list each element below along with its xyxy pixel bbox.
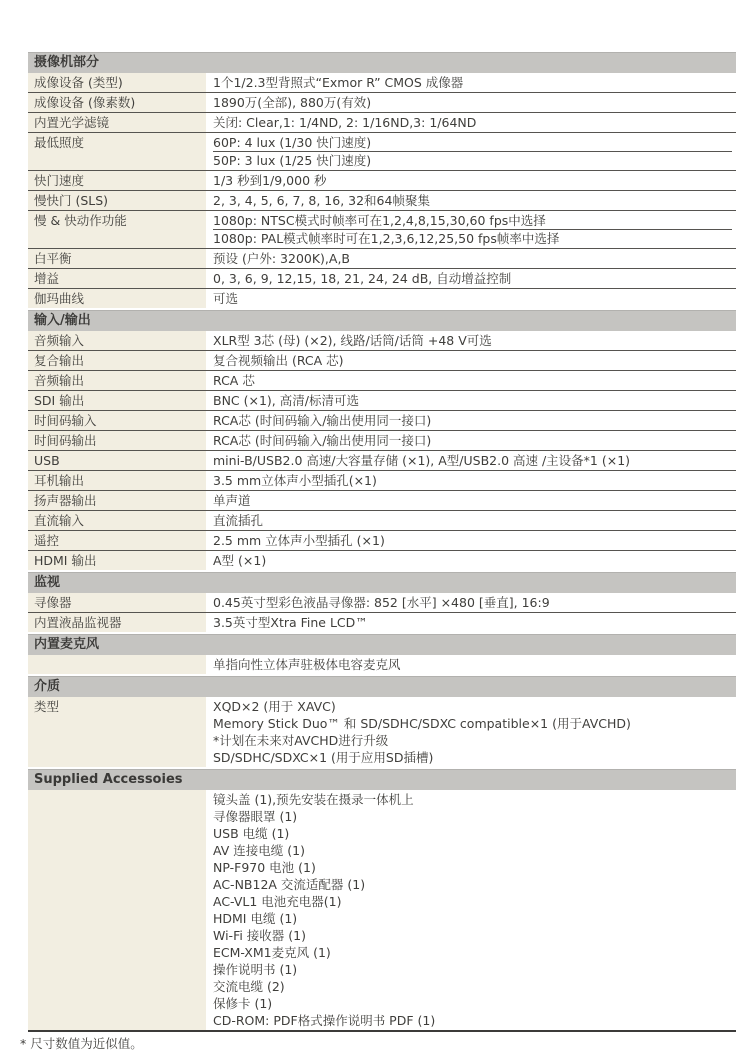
spec-label: 寻像器 bbox=[28, 593, 206, 612]
spec-value-line: 1个1/2.3型背照式“Exmor R” CMOS 成像器 bbox=[213, 74, 732, 91]
spec-value-line: 单声道 bbox=[213, 492, 732, 509]
spec-value: 1/3 秒到1/9,000 秒 bbox=[206, 171, 736, 190]
spec-label bbox=[28, 655, 206, 674]
spec-value-line: AC-VL1 电池充电器(1) bbox=[213, 893, 732, 910]
spec-value: 3.5英寸型Xtra Fine LCD™ bbox=[206, 613, 736, 632]
spec-row: 复合输出复合视频输出 (RCA 芯) bbox=[28, 351, 736, 371]
spec-label: 慢 & 快动作功能 bbox=[28, 211, 206, 248]
section-header: Supplied Accessoies bbox=[28, 769, 736, 790]
spec-row: 扬声器输出单声道 bbox=[28, 491, 736, 511]
spec-label: HDMI 输出 bbox=[28, 551, 206, 570]
spec-value: 单指向性立体声驻极体电容麦克风 bbox=[206, 655, 736, 674]
spec-row: 最低照度60P: 4 lux (1/30 快门速度)50P: 3 lux (1/… bbox=[28, 133, 736, 171]
spec-value-line: Wi-Fi 接收器 (1) bbox=[213, 927, 732, 944]
spec-value: 3.5 mm立体声小型插孔(×1) bbox=[206, 471, 736, 490]
spec-row: 音频输入XLR型 3芯 (母) (×2), 线路/话筒/话筒 +48 V可选 bbox=[28, 331, 736, 351]
spec-value-line: Memory Stick Duo™ 和 SD/SDHC/SDXC compati… bbox=[213, 715, 732, 732]
spec-value: BNC (×1), 高清/标清可选 bbox=[206, 391, 736, 410]
spec-row: 寻像器0.45英寸型彩色液晶寻像器: 852 [水平] ×480 [垂直], 1… bbox=[28, 593, 736, 613]
section-header: 内置麦克风 bbox=[28, 634, 736, 655]
spec-value: 复合视频输出 (RCA 芯) bbox=[206, 351, 736, 370]
spec-value-line: 50P: 3 lux (1/25 快门速度) bbox=[213, 151, 732, 169]
spec-value-line: 单指向性立体声驻极体电容麦克风 bbox=[213, 656, 732, 673]
spec-label: 伽玛曲线 bbox=[28, 289, 206, 308]
spec-table: 摄像机部分成像设备 (类型)1个1/2.3型背照式“Exmor R” CMOS … bbox=[28, 52, 736, 1001]
spec-value: A型 (×1) bbox=[206, 551, 736, 570]
spec-row: 单指向性立体声驻极体电容麦克风 bbox=[28, 655, 736, 674]
spec-value-line: 1080p: PAL模式帧率时可在1,2,3,6,12,25,50 fps帧率中… bbox=[213, 229, 732, 247]
spec-value-line: XQD×2 (用于 XAVC) bbox=[213, 698, 732, 715]
spec-row: 直流输入直流插孔 bbox=[28, 511, 736, 531]
spec-value-line: RCA芯 (时间码输入/输出使用同一接口) bbox=[213, 432, 732, 449]
spec-row: USBmini-B/USB2.0 高速/大容量存储 (×1), A型/USB2.… bbox=[28, 451, 736, 471]
spec-value-line: AC-NB12A 交流适配器 (1) bbox=[213, 876, 732, 893]
spec-value: 可选 bbox=[206, 289, 736, 308]
spec-row: 遥控2.5 mm 立体声小型插孔 (×1) bbox=[28, 531, 736, 551]
spec-label: 慢快门 (SLS) bbox=[28, 191, 206, 210]
spec-value-line: BNC (×1), 高清/标清可选 bbox=[213, 392, 732, 409]
spec-value-line: 0, 3, 6, 9, 12,15, 18, 21, 24, 24 dB, 自动… bbox=[213, 270, 732, 287]
spec-label: 白平衡 bbox=[28, 249, 206, 268]
spec-value-line: RCA芯 (时间码输入/输出使用同一接口) bbox=[213, 412, 732, 429]
spec-row: 内置液晶监视器3.5英寸型Xtra Fine LCD™ bbox=[28, 613, 736, 632]
spec-value-line: ECM-XM1麦克风 (1) bbox=[213, 944, 732, 961]
spec-value-line: NP-F970 电池 (1) bbox=[213, 859, 732, 876]
spec-row: 音频输出RCA 芯 bbox=[28, 371, 736, 391]
spec-value-line: USB 电缆 (1) bbox=[213, 825, 732, 842]
spec-label: 扬声器输出 bbox=[28, 491, 206, 510]
spec-label: 成像设备 (像素数) bbox=[28, 93, 206, 112]
spec-value-line: 2, 3, 4, 5, 6, 7, 8, 16, 32和64帧聚集 bbox=[213, 192, 732, 209]
section-header: 摄像机部分 bbox=[28, 52, 736, 73]
spec-value-line: 3.5 mm立体声小型插孔(×1) bbox=[213, 472, 732, 489]
spec-value: 1890万(全部), 880万(有效) bbox=[206, 93, 736, 112]
spec-label: 时间码输出 bbox=[28, 431, 206, 450]
spec-row: 伽玛曲线可选 bbox=[28, 289, 736, 308]
spec-value-line: RCA 芯 bbox=[213, 372, 732, 389]
spec-value: mini-B/USB2.0 高速/大容量存储 (×1), A型/USB2.0 高… bbox=[206, 451, 736, 470]
spec-label: 遥控 bbox=[28, 531, 206, 550]
spec-value-line: 关闭: Clear,1: 1/4ND, 2: 1/16ND,3: 1/64ND bbox=[213, 114, 732, 131]
spec-label: 增益 bbox=[28, 269, 206, 288]
spec-value: 0, 3, 6, 9, 12,15, 18, 21, 24, 24 dB, 自动… bbox=[206, 269, 736, 288]
spec-value-line: 交流电缆 (2) bbox=[213, 978, 732, 995]
spec-value: 镜头盖 (1),预先安装在摄录一体机上寻像器眼罩 (1)USB 电缆 (1)AV… bbox=[206, 790, 736, 1001]
spec-label: 音频输入 bbox=[28, 331, 206, 350]
spec-row: 快门速度1/3 秒到1/9,000 秒 bbox=[28, 171, 736, 191]
spec-row: 内置光学滤镜关闭: Clear,1: 1/4ND, 2: 1/16ND,3: 1… bbox=[28, 113, 736, 133]
spec-label: 快门速度 bbox=[28, 171, 206, 190]
spec-value-line: 镜头盖 (1),预先安装在摄录一体机上 bbox=[213, 791, 732, 808]
spec-value: 直流插孔 bbox=[206, 511, 736, 530]
spec-value: 关闭: Clear,1: 1/4ND, 2: 1/16ND,3: 1/64ND bbox=[206, 113, 736, 132]
spec-row: 耳机输出3.5 mm立体声小型插孔(×1) bbox=[28, 471, 736, 491]
spec-sheet: 摄像机部分成像设备 (类型)1个1/2.3型背照式“Exmor R” CMOS … bbox=[28, 50, 736, 1001]
spec-value-line: SD/SDHC/SDXC×1 (用于应用SD插槽) bbox=[213, 749, 732, 766]
spec-value-line: 3.5英寸型Xtra Fine LCD™ bbox=[213, 614, 732, 631]
spec-value-line: *计划在未来对AVCHD进行升级 bbox=[213, 732, 732, 749]
spec-label: 最低照度 bbox=[28, 133, 206, 170]
spec-value: RCA 芯 bbox=[206, 371, 736, 390]
spec-row: 增益0, 3, 6, 9, 12,15, 18, 21, 24, 24 dB, … bbox=[28, 269, 736, 289]
spec-value-line: 1890万(全部), 880万(有效) bbox=[213, 94, 732, 111]
spec-value-line: 1080p: NTSC模式时帧率可在1,2,4,8,15,30,60 fps中选… bbox=[213, 212, 732, 229]
spec-value-line: 0.45英寸型彩色液晶寻像器: 852 [水平] ×480 [垂直], 16:9 bbox=[213, 594, 732, 611]
spec-row: 慢 & 快动作功能1080p: NTSC模式时帧率可在1,2,4,8,15,30… bbox=[28, 211, 736, 249]
spec-label: 类型 bbox=[28, 697, 206, 767]
spec-row: 镜头盖 (1),预先安装在摄录一体机上寻像器眼罩 (1)USB 电缆 (1)AV… bbox=[28, 790, 736, 1001]
spec-value: 1080p: NTSC模式时帧率可在1,2,4,8,15,30,60 fps中选… bbox=[206, 211, 736, 248]
spec-row: 白平衡预设 (户外: 3200K),A,B bbox=[28, 249, 736, 269]
spec-value: XQD×2 (用于 XAVC)Memory Stick Duo™ 和 SD/SD… bbox=[206, 697, 736, 767]
spec-row: 类型XQD×2 (用于 XAVC)Memory Stick Duo™ 和 SD/… bbox=[28, 697, 736, 767]
spec-label: SDI 输出 bbox=[28, 391, 206, 410]
spec-value-line: mini-B/USB2.0 高速/大容量存储 (×1), A型/USB2.0 高… bbox=[213, 452, 732, 469]
spec-label: 耳机输出 bbox=[28, 471, 206, 490]
spec-value-line: 60P: 4 lux (1/30 快门速度) bbox=[213, 134, 732, 151]
spec-value-line: XLR型 3芯 (母) (×2), 线路/话筒/话筒 +48 V可选 bbox=[213, 332, 732, 349]
spec-row: 时间码输出RCA芯 (时间码输入/输出使用同一接口) bbox=[28, 431, 736, 451]
spec-value-line: 直流插孔 bbox=[213, 512, 732, 529]
section-header: 输入/输出 bbox=[28, 310, 736, 331]
spec-value: 预设 (户外: 3200K),A,B bbox=[206, 249, 736, 268]
spec-value: 60P: 4 lux (1/30 快门速度)50P: 3 lux (1/25 快… bbox=[206, 133, 736, 170]
spec-value: 单声道 bbox=[206, 491, 736, 510]
spec-value-line: 可选 bbox=[213, 290, 732, 307]
spec-label: 时间码输入 bbox=[28, 411, 206, 430]
spec-label: 成像设备 (类型) bbox=[28, 73, 206, 92]
spec-row: 成像设备 (类型)1个1/2.3型背照式“Exmor R” CMOS 成像器 bbox=[28, 73, 736, 93]
spec-value-line: 操作说明书 (1) bbox=[213, 961, 732, 978]
spec-value: 1个1/2.3型背照式“Exmor R” CMOS 成像器 bbox=[206, 73, 736, 92]
spec-label: 复合输出 bbox=[28, 351, 206, 370]
section-header: 监视 bbox=[28, 572, 736, 593]
section-header: 介质 bbox=[28, 676, 736, 697]
spec-value-line: 复合视频输出 (RCA 芯) bbox=[213, 352, 732, 369]
spec-label: 音频输出 bbox=[28, 371, 206, 390]
spec-value-line: 保修卡 (1) bbox=[213, 995, 732, 1001]
spec-label: 内置光学滤镜 bbox=[28, 113, 206, 132]
spec-value-line: 寻像器眼罩 (1) bbox=[213, 808, 732, 825]
spec-value-line: AV 连接电缆 (1) bbox=[213, 842, 732, 859]
spec-value-line: 2.5 mm 立体声小型插孔 (×1) bbox=[213, 532, 732, 549]
spec-value: 2.5 mm 立体声小型插孔 (×1) bbox=[206, 531, 736, 550]
spec-value: 2, 3, 4, 5, 6, 7, 8, 16, 32和64帧聚集 bbox=[206, 191, 736, 210]
spec-value: RCA芯 (时间码输入/输出使用同一接口) bbox=[206, 411, 736, 430]
spec-label: USB bbox=[28, 451, 206, 470]
spec-value-line: 1/3 秒到1/9,000 秒 bbox=[213, 172, 732, 189]
spec-value: RCA芯 (时间码输入/输出使用同一接口) bbox=[206, 431, 736, 450]
spec-row: 慢快门 (SLS)2, 3, 4, 5, 6, 7, 8, 16, 32和64帧… bbox=[28, 191, 736, 211]
spec-row: 时间码输入RCA芯 (时间码输入/输出使用同一接口) bbox=[28, 411, 736, 431]
spec-row: HDMI 输出A型 (×1) bbox=[28, 551, 736, 570]
spec-value: 0.45英寸型彩色液晶寻像器: 852 [水平] ×480 [垂直], 16:9 bbox=[206, 593, 736, 612]
spec-row: SDI 输出BNC (×1), 高清/标清可选 bbox=[28, 391, 736, 411]
spec-label bbox=[28, 790, 206, 1001]
spec-value: XLR型 3芯 (母) (×2), 线路/话筒/话筒 +48 V可选 bbox=[206, 331, 736, 350]
spec-value-line: 预设 (户外: 3200K),A,B bbox=[213, 250, 732, 267]
spec-label: 内置液晶监视器 bbox=[28, 613, 206, 632]
spec-value-line: A型 (×1) bbox=[213, 552, 732, 569]
spec-row: 成像设备 (像素数)1890万(全部), 880万(有效) bbox=[28, 93, 736, 113]
spec-value-line: HDMI 电缆 (1) bbox=[213, 910, 732, 927]
spec-label: 直流输入 bbox=[28, 511, 206, 530]
